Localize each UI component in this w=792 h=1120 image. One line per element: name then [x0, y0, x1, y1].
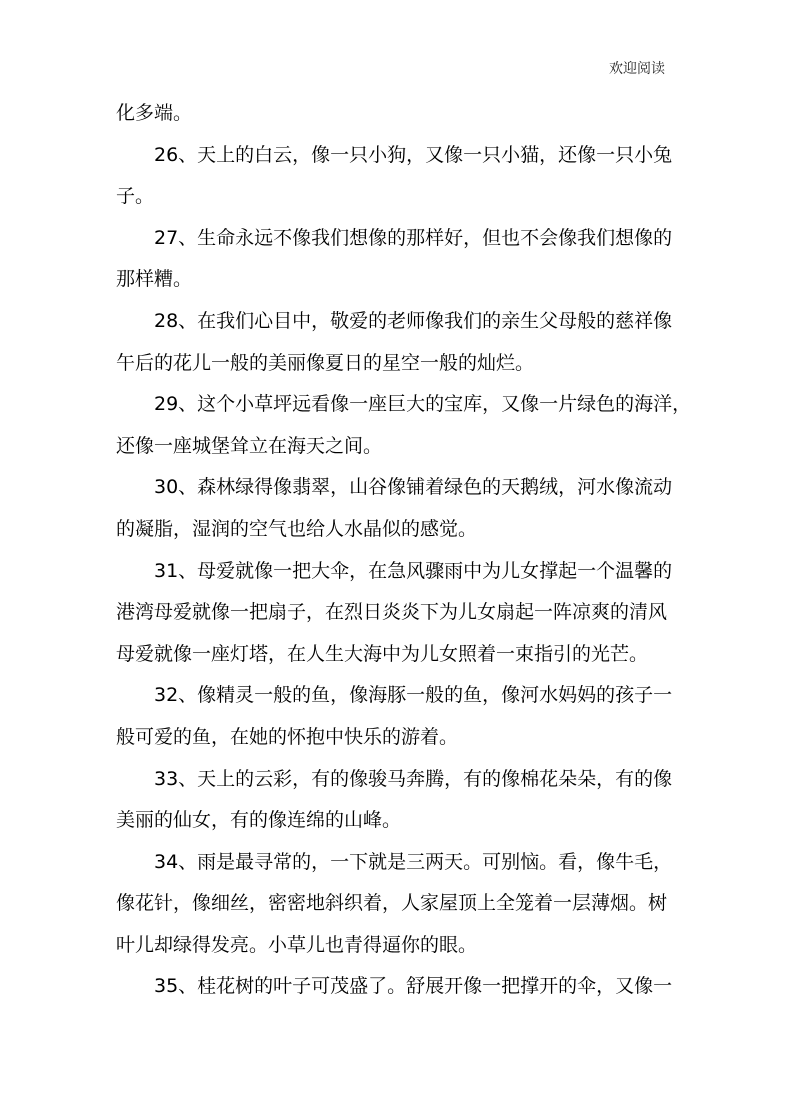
text-line: 33、天上的云彩，有的像骏马奔腾，有的像棉花朵朵，有的像	[116, 759, 716, 801]
document-page: 欢迎阅读 化多端。26、天上的白云，像一只小狗，又像一只小猫，还像一只小兔子。2…	[0, 0, 792, 1120]
paragraph: 26、天上的白云，像一只小狗，又像一只小猫，还像一只小兔子。	[116, 135, 716, 218]
text-line: 34、雨是最寻常的，一下就是三两天。可别恼。看，像牛毛，	[116, 842, 716, 884]
text-line: 30、森林绿得像翡翠，山谷像铺着绿色的天鹅绒，河水像流动	[116, 467, 716, 509]
paragraph: 27、生命永远不像我们想像的那样好，但也不会像我们想像的那样糟。	[116, 218, 716, 301]
paragraph: 35、桂花树的叶子可茂盛了。舒展开像一把撑开的伞，又像一	[116, 966, 716, 1008]
paragraph: 34、雨是最寻常的，一下就是三两天。可别恼。看，像牛毛，像花针，像细丝，密密地斜…	[116, 842, 716, 967]
text-line: 31、母爱就像一把大伞，在急风骤雨中为儿女撑起一个温馨的	[116, 551, 716, 593]
text-line: 午后的花儿一般的美丽像夏日的星空一般的灿烂。	[116, 343, 716, 385]
document-body: 化多端。26、天上的白云，像一只小狗，又像一只小猫，还像一只小兔子。27、生命永…	[116, 93, 716, 1008]
text-line: 子。	[116, 176, 716, 218]
text-line: 像花针，像细丝，密密地斜织着，人家屋顶上全笼着一层薄烟。树	[116, 883, 716, 925]
paragraph: 化多端。	[116, 93, 716, 135]
paragraph: 31、母爱就像一把大伞，在急风骤雨中为儿女撑起一个温馨的港湾母爱就像一把扇子，在…	[116, 551, 716, 676]
text-line: 26、天上的白云，像一只小狗，又像一只小猫，还像一只小兔	[116, 135, 716, 177]
text-line: 般可爱的鱼，在她的怀抱中快乐的游着。	[116, 717, 716, 759]
text-line: 28、在我们心目中，敬爱的老师像我们的亲生父母般的慈祥像	[116, 301, 716, 343]
text-line: 35、桂花树的叶子可茂盛了。舒展开像一把撑开的伞，又像一	[116, 966, 716, 1008]
paragraph: 32、像精灵一般的鱼，像海豚一般的鱼，像河水妈妈的孩子一般可爱的鱼，在她的怀抱中…	[116, 675, 716, 758]
text-line: 那样糟。	[116, 259, 716, 301]
text-line: 母爱就像一座灯塔，在人生大海中为儿女照着一束指引的光芒。	[116, 634, 716, 676]
text-line: 美丽的仙女，有的像连绵的山峰。	[116, 800, 716, 842]
text-line: 29、这个小草坪远看像一座巨大的宝库，又像一片绿色的海洋，	[116, 384, 716, 426]
paragraph: 29、这个小草坪远看像一座巨大的宝库，又像一片绿色的海洋，还像一座城堡耸立在海天…	[116, 384, 716, 467]
paragraph: 28、在我们心目中，敬爱的老师像我们的亲生父母般的慈祥像午后的花儿一般的美丽像夏…	[116, 301, 716, 384]
paragraph: 30、森林绿得像翡翠，山谷像铺着绿色的天鹅绒，河水像流动的凝脂，湿润的空气也给人…	[116, 467, 716, 550]
text-line: 港湾母爱就像一把扇子，在烈日炎炎下为儿女扇起一阵凉爽的清风	[116, 592, 716, 634]
text-line: 32、像精灵一般的鱼，像海豚一般的鱼，像河水妈妈的孩子一	[116, 675, 716, 717]
text-line: 27、生命永远不像我们想像的那样好，但也不会像我们想像的	[116, 218, 716, 260]
text-line: 还像一座城堡耸立在海天之间。	[116, 426, 716, 468]
text-line: 化多端。	[116, 93, 716, 135]
paragraph: 33、天上的云彩，有的像骏马奔腾，有的像棉花朵朵，有的像美丽的仙女，有的像连绵的…	[116, 759, 716, 842]
text-line: 叶儿却绿得发亮。小草儿也青得逼你的眼。	[116, 925, 716, 967]
page-header-text: 欢迎阅读	[609, 61, 665, 78]
text-line: 的凝脂，湿润的空气也给人水晶似的感觉。	[116, 509, 716, 551]
